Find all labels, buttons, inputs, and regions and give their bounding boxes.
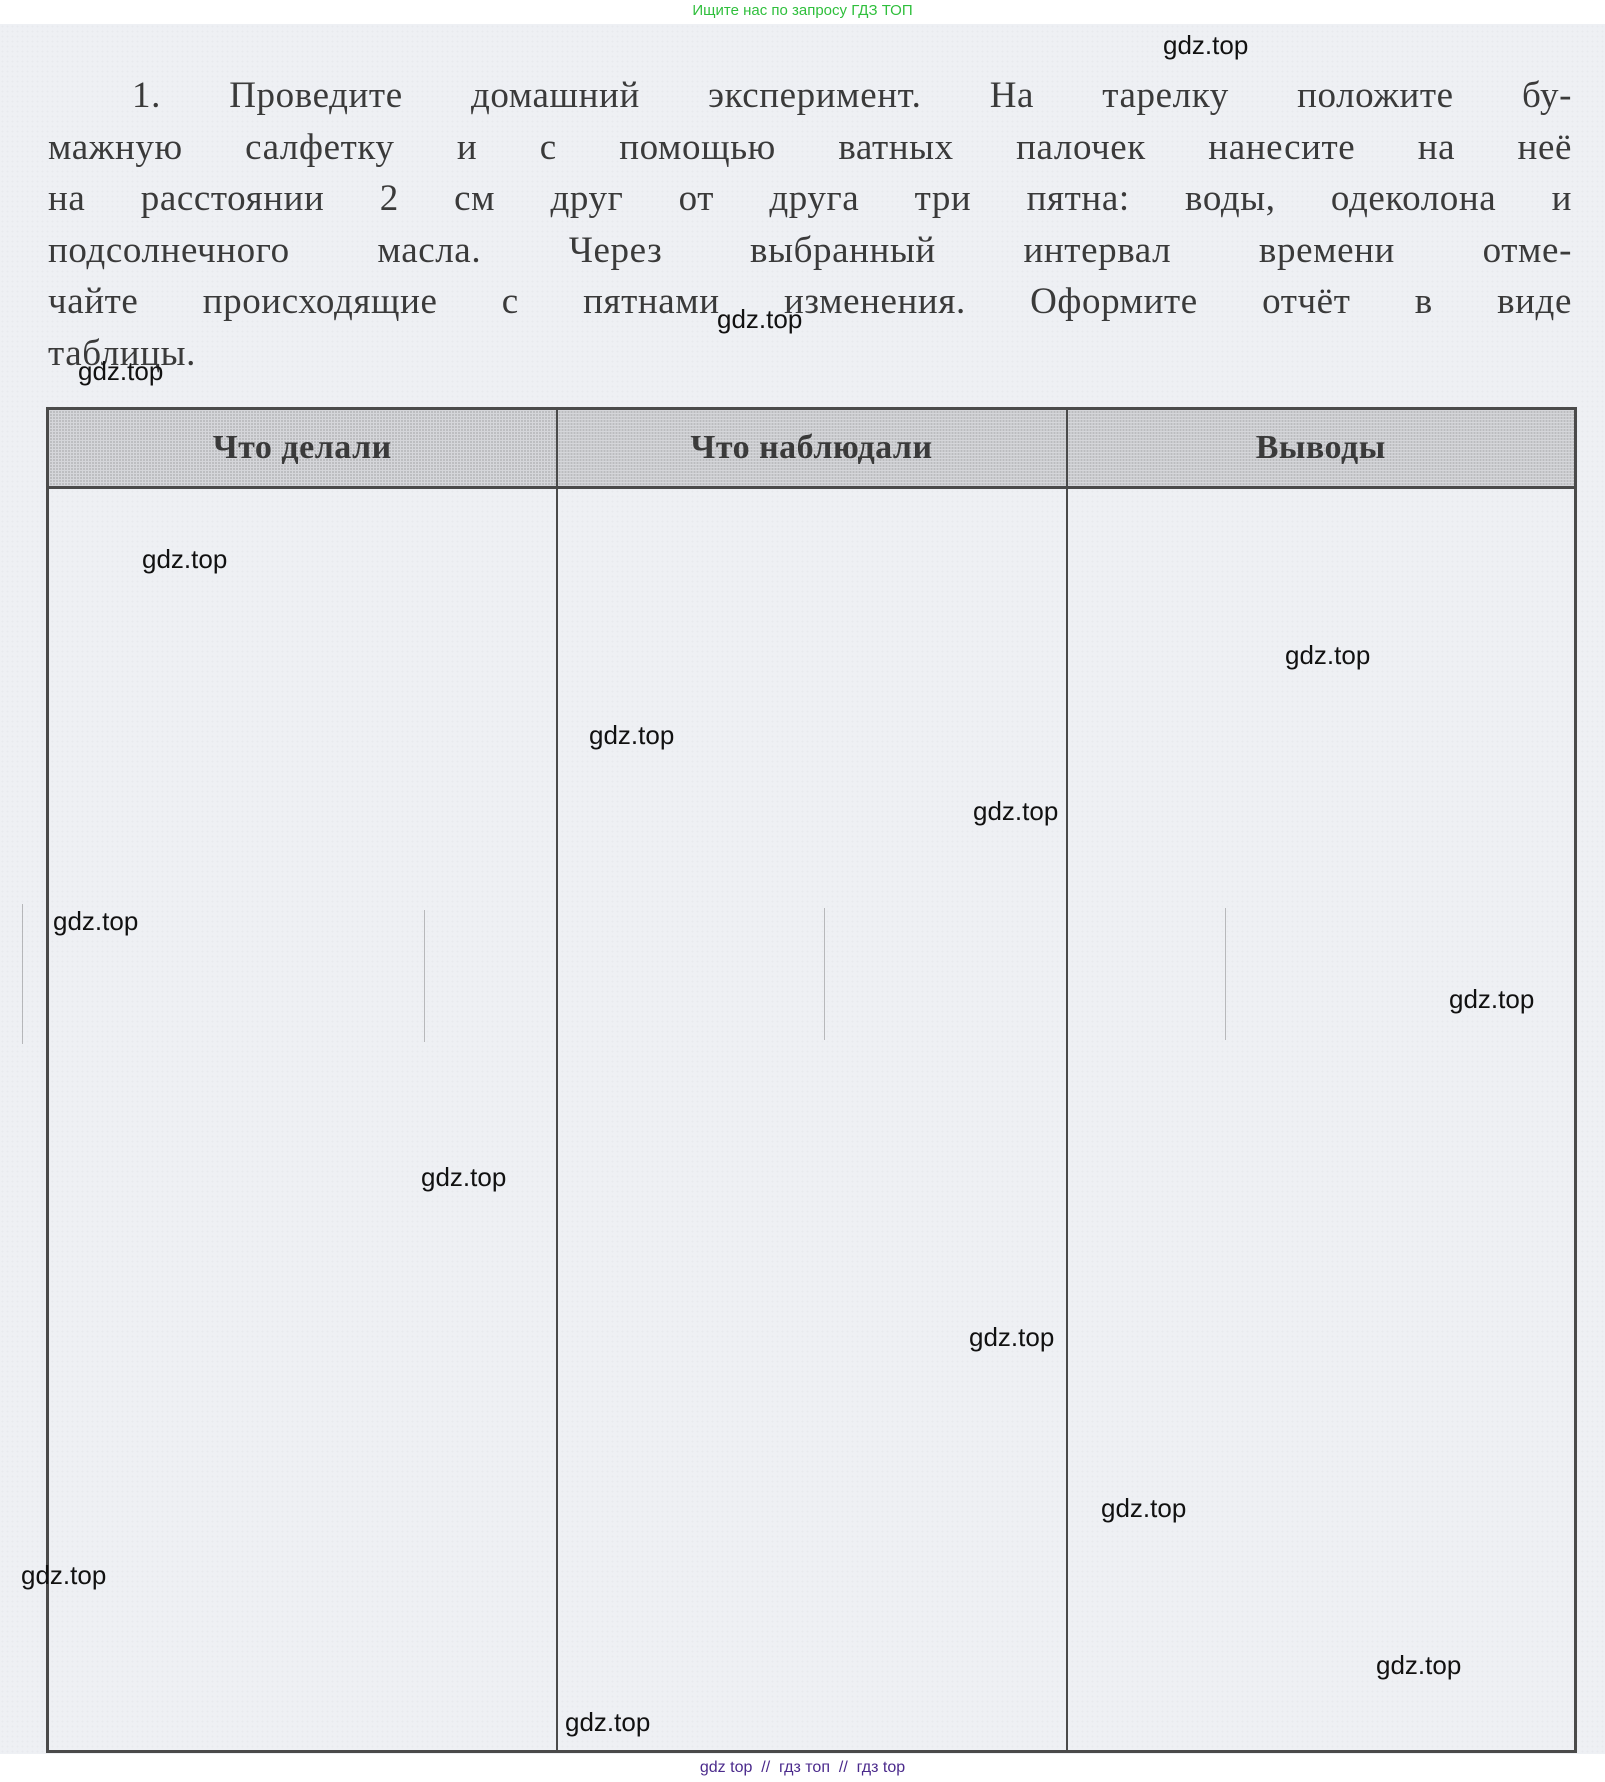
watermark: gdz.top bbox=[973, 798, 1058, 824]
task-line: подсолнечного масла. Через выбранный инт… bbox=[48, 225, 1572, 277]
report-table: Что делали Что наблюдали Выводы bbox=[46, 407, 1577, 1753]
header-conclusions: Выводы bbox=[1067, 409, 1576, 488]
show-through-line bbox=[1225, 908, 1226, 1040]
task-line: на расстоянии 2 см друг от друга три пят… bbox=[48, 173, 1572, 225]
table-header-row: Что делали Что наблюдали Выводы bbox=[48, 409, 1576, 488]
task-line: мажную салфетку и с помощью ватных палоч… bbox=[48, 122, 1572, 174]
show-through-line bbox=[22, 904, 23, 1044]
task-paragraph: 1. Проведите домашний эксперимент. На та… bbox=[48, 70, 1572, 379]
cell-conclusions[interactable] bbox=[1067, 488, 1576, 1752]
watermark: gdz.top bbox=[1285, 642, 1370, 668]
watermark: gdz.top bbox=[53, 908, 138, 934]
textbook-page: 1. Проведите домашний эксперимент. На та… bbox=[0, 24, 1605, 1754]
watermark: gdz.top bbox=[1449, 986, 1534, 1012]
task-line: чайте происходящие с пятнами изменения. … bbox=[48, 276, 1572, 328]
watermark: gdz.top bbox=[421, 1164, 506, 1190]
table-row bbox=[48, 488, 1576, 1752]
footer-text: gdz top // гдз топ // гдз top bbox=[700, 1759, 905, 1776]
watermark: gdz.top bbox=[1163, 32, 1248, 58]
watermark: gdz.top bbox=[565, 1709, 650, 1735]
show-through-line bbox=[424, 910, 425, 1042]
watermark: gdz.top bbox=[1101, 1495, 1186, 1521]
task-line: 1. Проведите домашний эксперимент. На та… bbox=[48, 70, 1572, 122]
header-what-done: Что делали bbox=[48, 409, 557, 488]
task-line: таблицы. bbox=[48, 328, 1572, 380]
header-what-observed: Что наблюдали bbox=[557, 409, 1067, 488]
watermark: gdz.top bbox=[969, 1324, 1054, 1350]
cell-what-done[interactable] bbox=[48, 488, 557, 1752]
watermark: gdz.top bbox=[78, 358, 163, 384]
top-banner: Ищите нас по запросу ГДЗ ТОП bbox=[0, 0, 1605, 24]
watermark: gdz.top bbox=[589, 722, 674, 748]
watermark: gdz.top bbox=[717, 306, 802, 332]
footer-banner: gdz top // гдз топ // гдз top bbox=[0, 1755, 1605, 1782]
watermark: gdz.top bbox=[21, 1562, 106, 1588]
watermark: gdz.top bbox=[142, 546, 227, 572]
banner-text: Ищите нас по запросу ГДЗ ТОП bbox=[692, 2, 912, 19]
cell-what-observed[interactable] bbox=[557, 488, 1067, 1752]
show-through-line bbox=[824, 908, 825, 1040]
watermark: gdz.top bbox=[1376, 1652, 1461, 1678]
